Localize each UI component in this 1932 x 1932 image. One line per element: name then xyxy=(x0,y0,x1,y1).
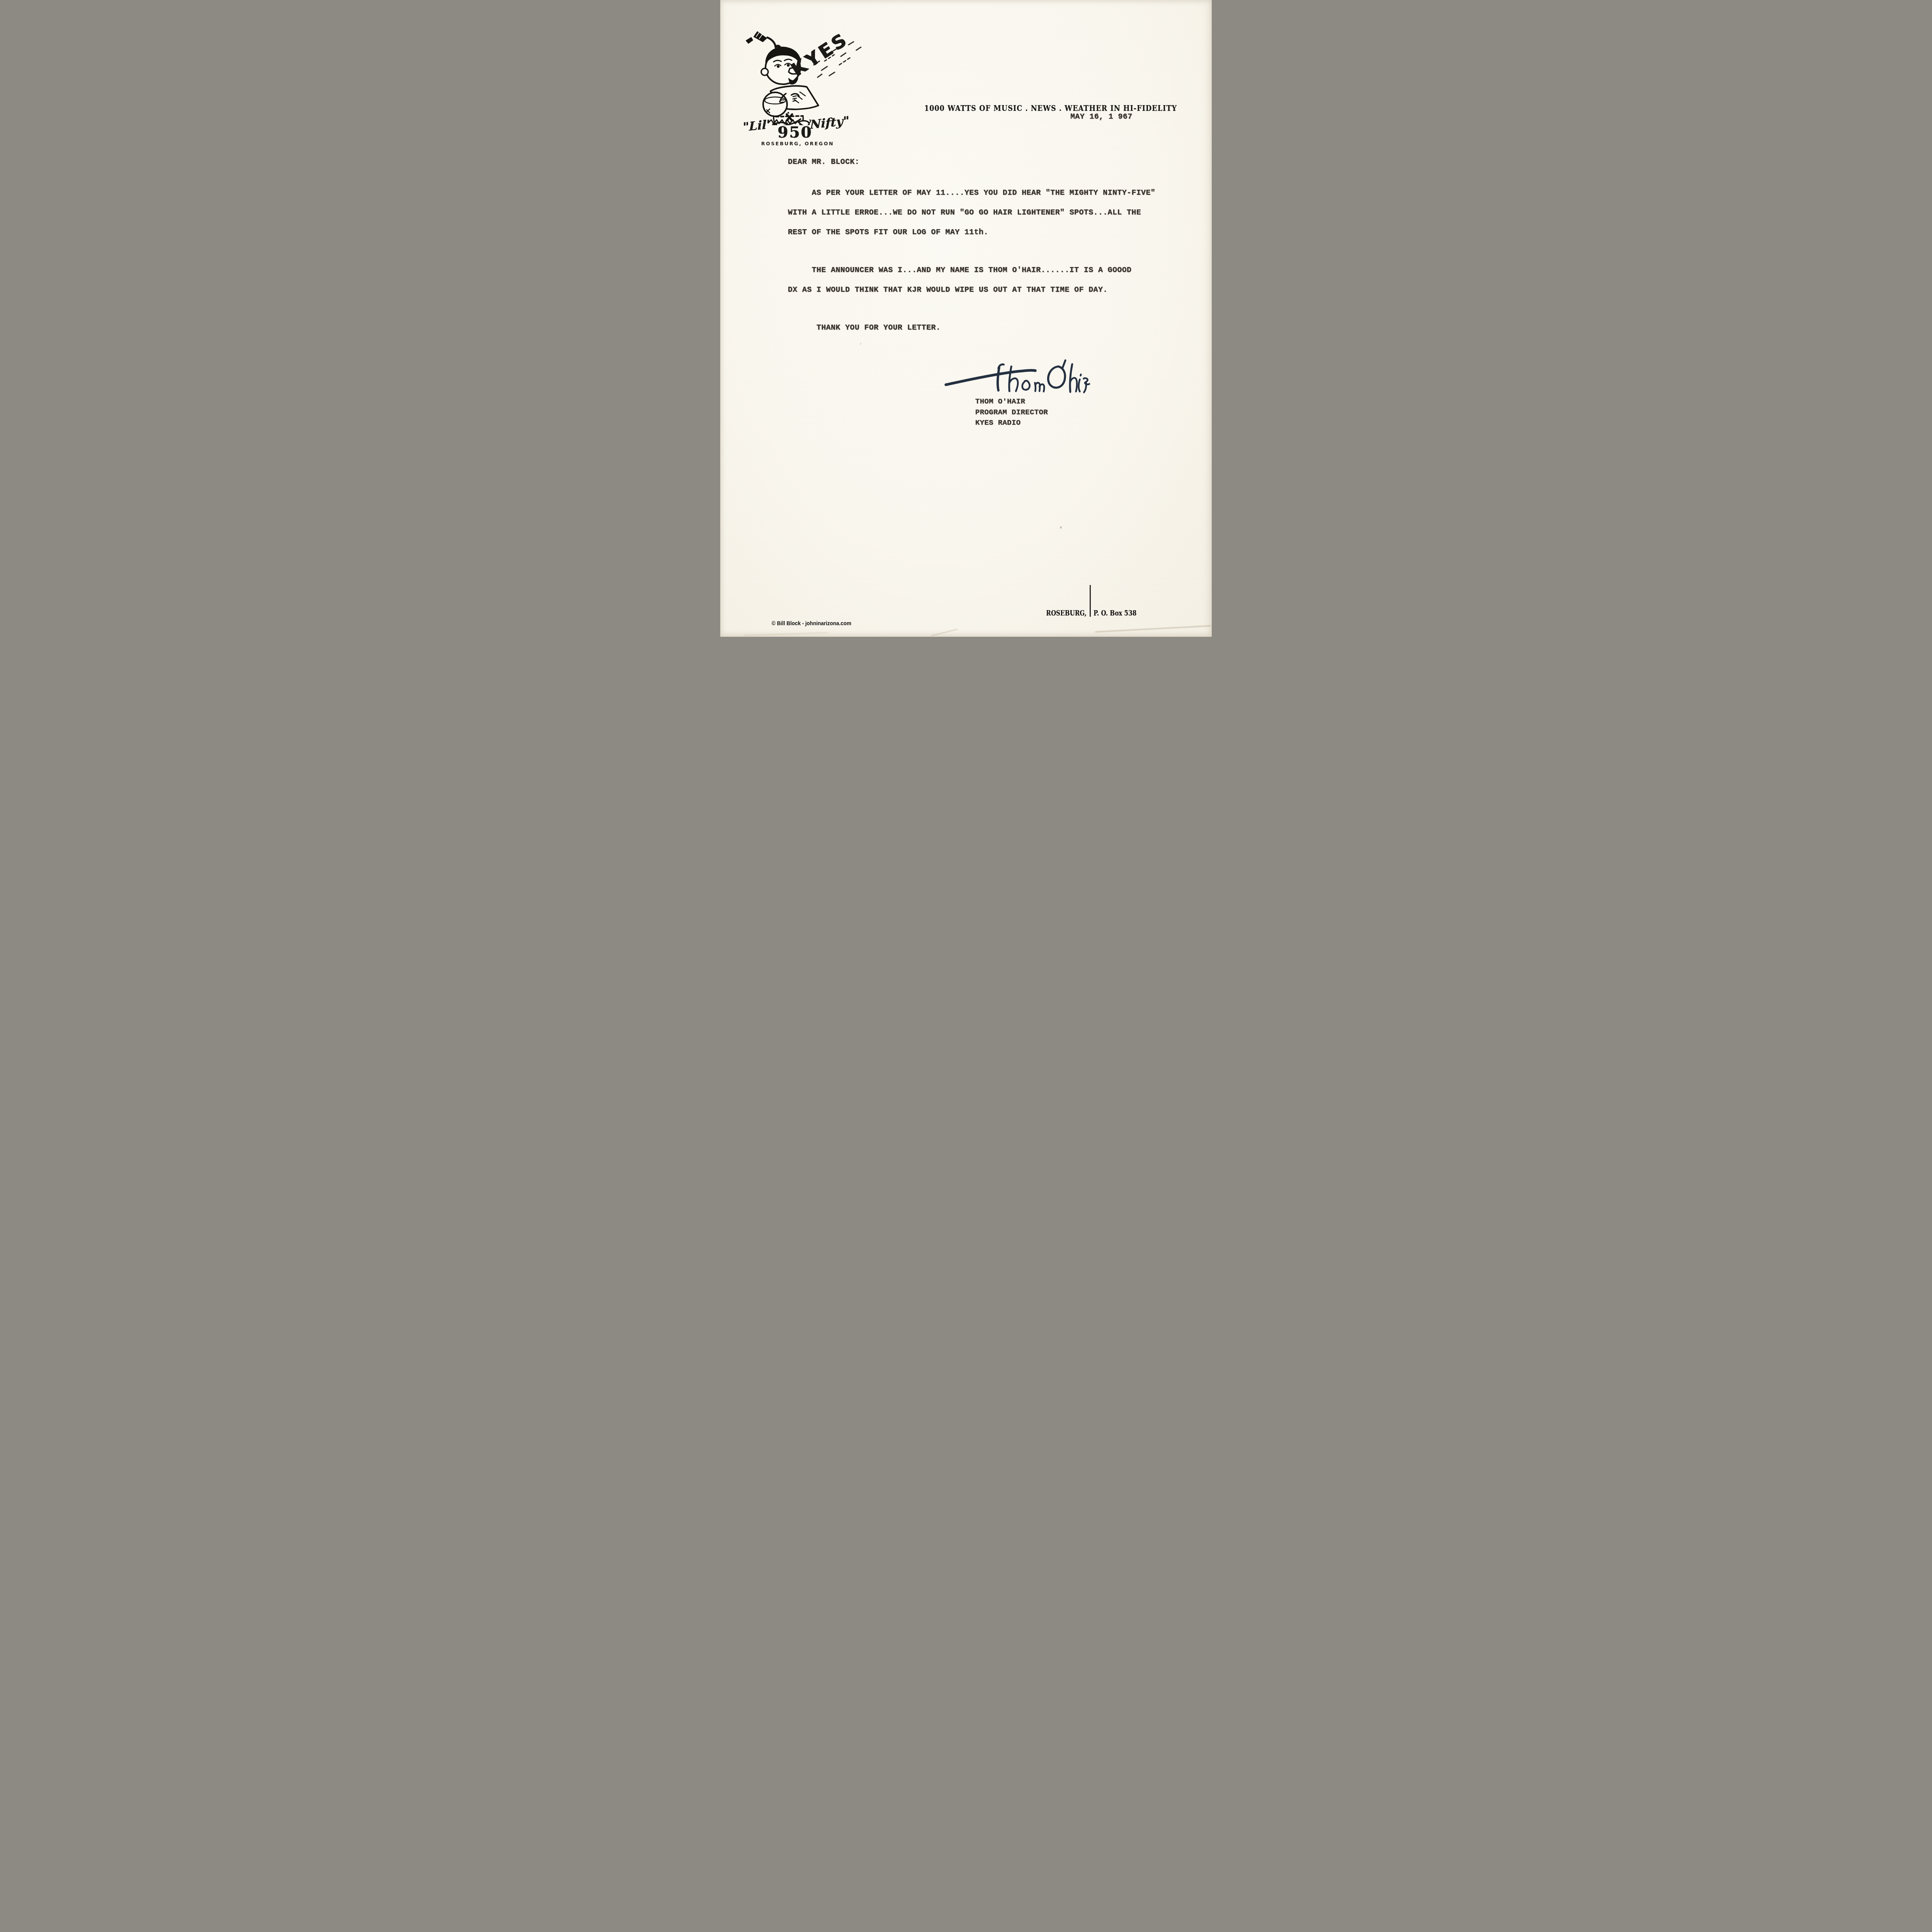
letter-body: AS PER YOUR LETTER OF MAY 11....YES YOU … xyxy=(788,183,1174,356)
paper-crease xyxy=(1095,625,1211,632)
footer-city: ROSEBURG, xyxy=(1030,608,1087,619)
body-line: WITH A LITTLE ERROE...WE DO NOT RUN "GO … xyxy=(788,203,1174,223)
body-line: AS PER YOUR LETTER OF MAY 11....YES YOU … xyxy=(788,183,1174,203)
scanned-letter-page: KYES "Lil' Nifty" 950 ROSEBURG, OREGON 1… xyxy=(720,0,1212,637)
drummer-boy-mascot-icon xyxy=(742,28,872,125)
kyes-letterhead-logo: KYES "Lil' Nifty" 950 ROSEBURG, OREGON xyxy=(742,28,872,148)
logo-city-state: ROSEBURG, OREGON xyxy=(761,141,834,146)
scan-credit: © Bill Block - johninarizona.com xyxy=(772,621,851,627)
body-line: REST OF THE SPOTS FIT OUR LOG OF MAY 11t… xyxy=(788,223,1174,242)
signer-name: THOM O'HAIR xyxy=(975,396,1048,407)
salutation: DEAR MR. BLOCK: xyxy=(788,158,859,167)
station-tagline: 1000 WATTS OF MUSIC . NEWS . WEATHER IN … xyxy=(924,103,1177,113)
footer-city-block: ROSEBURG, OREGON 97470 xyxy=(1030,584,1087,637)
body-line: DX AS I WOULD THINK THAT KJR WOULD WIPE … xyxy=(788,280,1174,300)
logo-nickname-left: "Lil' xyxy=(743,117,770,134)
body-line: THE ANNOUNCER WAS I...AND MY NAME IS THO… xyxy=(788,260,1174,280)
paper-crease xyxy=(743,632,828,636)
date-line: MAY 16, 1 967 xyxy=(1070,112,1133,121)
scan-speck xyxy=(1060,526,1061,529)
paragraph: THANK YOU FOR YOUR LETTER. xyxy=(788,318,1174,338)
signature-block: THOM O'HAIR PROGRAM DIRECTOR KYES RADIO xyxy=(975,396,1048,429)
paper-crease xyxy=(931,629,957,636)
signature-ink-icon xyxy=(944,355,1092,396)
logo-frequency: 950 xyxy=(777,124,812,141)
footer-divider-rule xyxy=(1090,585,1091,617)
handwritten-signature xyxy=(944,355,1092,396)
signer-title: PROGRAM DIRECTOR xyxy=(975,407,1048,418)
signer-organization: KYES RADIO xyxy=(975,418,1048,429)
paragraph: AS PER YOUR LETTER OF MAY 11....YES YOU … xyxy=(788,183,1174,242)
footer-po-box: P. O. Box 538 xyxy=(1094,608,1187,619)
paragraph: THE ANNOUNCER WAS I...AND MY NAME IS THO… xyxy=(788,260,1174,300)
body-line: THANK YOU FOR YOUR LETTER. xyxy=(788,318,1174,338)
